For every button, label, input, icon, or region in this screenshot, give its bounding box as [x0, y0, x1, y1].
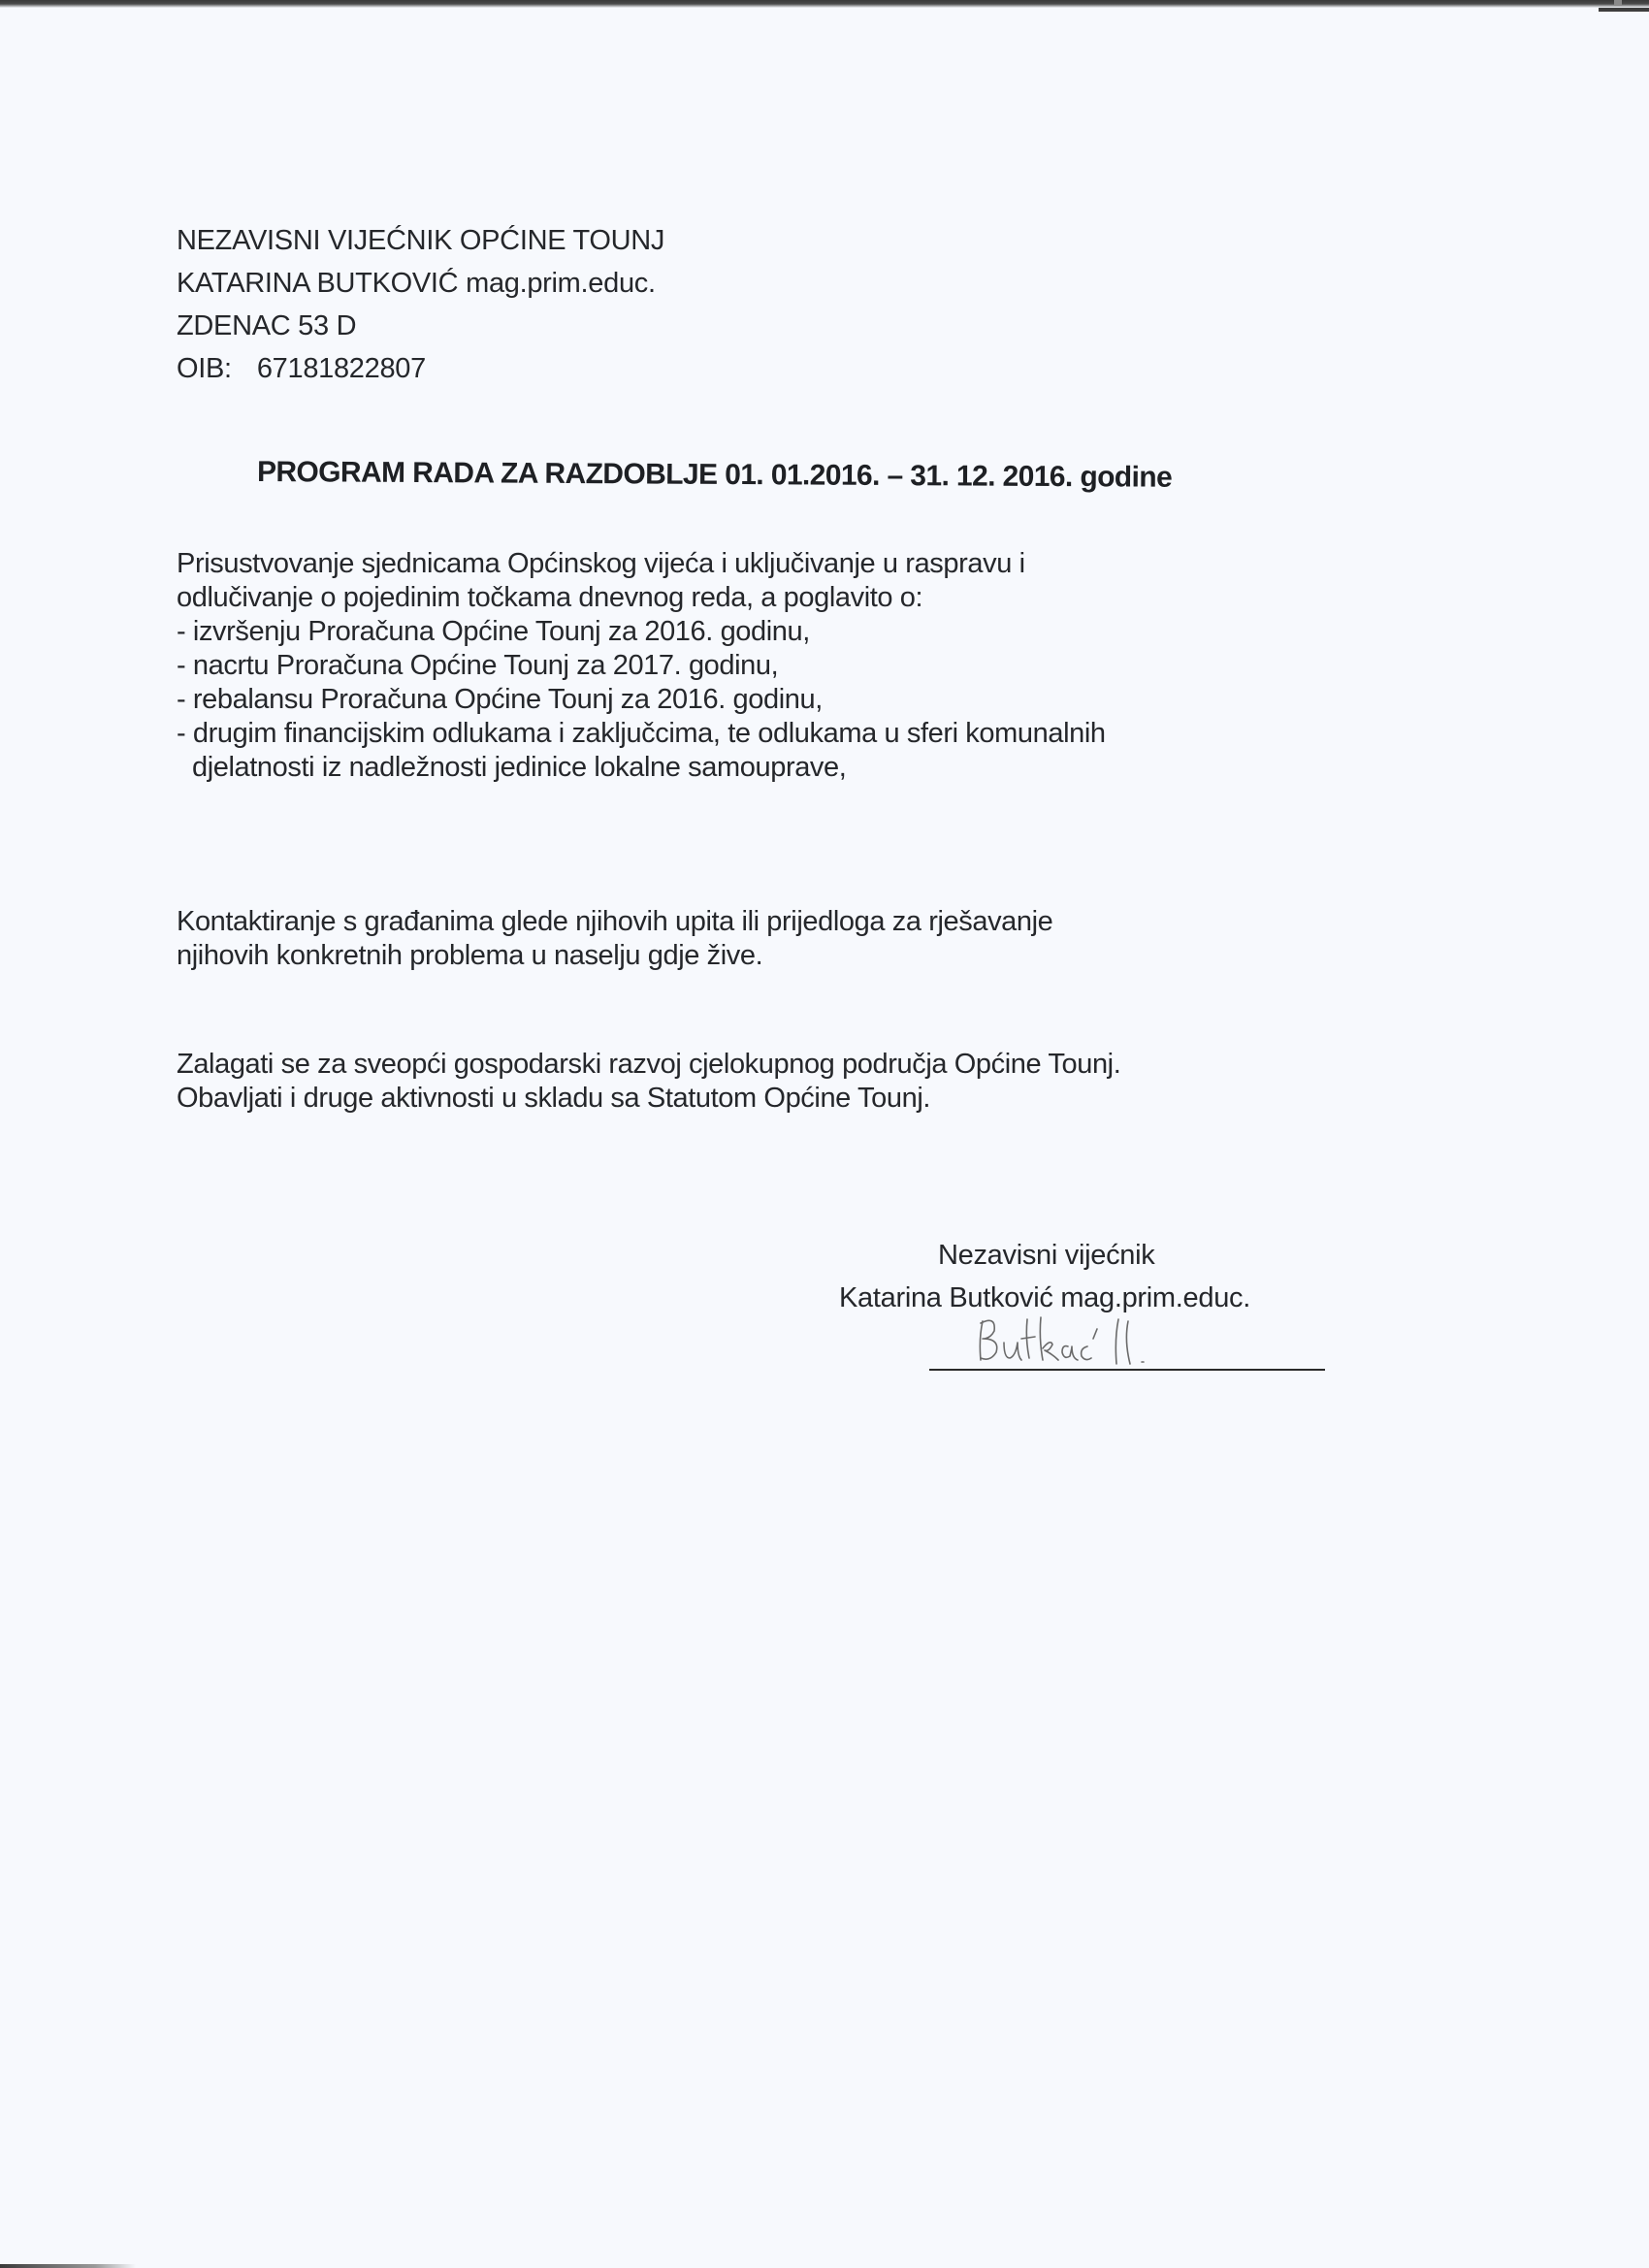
sender-oib: OIB:67181822807 [177, 347, 664, 390]
sender-name: KATARINA BUTKOVIĆ mag.prim.educ. [177, 262, 664, 305]
document-page: NEZAVISNI VIJEĆNIK OPĆINE TOUNJ KATARINA… [0, 0, 1649, 2268]
text-line: Prisustvovanje sjednicama Općinskog vije… [177, 547, 1399, 581]
paragraph-sessions: Prisustvovanje sjednicama Općinskog vije… [177, 547, 1399, 785]
handwritten-signature [975, 1310, 1208, 1368]
text-line: njihovih konkretnih problema u naselju g… [177, 939, 1399, 973]
paragraph-development: Zalagati se za sveopći gospodarski razvo… [177, 1048, 1399, 1116]
list-item: - drugim financijskim odlukama i zaključ… [177, 717, 1399, 751]
signature-line [929, 1369, 1325, 1371]
sender-address: ZDENAC 53 D [177, 305, 664, 347]
text-line: Obavljati i druge aktivnosti u skladu sa… [177, 1082, 1399, 1116]
list-item: - nacrtu Proračuna Općine Tounj za 2017.… [177, 649, 1399, 683]
sender-role: NEZAVISNI VIJEĆNIK OPĆINE TOUNJ [177, 219, 664, 262]
signature-block: Nezavisni vijećnik Katarina Butković mag… [839, 1234, 1363, 1319]
list-item-continuation: djelatnosti iz nadležnosti jedinice loka… [177, 751, 1399, 785]
text-line: Zalagati se za sveopći gospodarski razvo… [177, 1048, 1399, 1082]
oib-value: 67181822807 [257, 353, 426, 384]
paragraph-citizens: Kontaktiranje s građanima glede njihovih… [177, 905, 1399, 973]
list-item: - izvršenju Proračuna Općine Tounj za 20… [177, 615, 1399, 649]
sender-header: NEZAVISNI VIJEĆNIK OPĆINE TOUNJ KATARINA… [177, 219, 664, 390]
list-item: - rebalansu Proračuna Općine Tounj za 20… [177, 683, 1399, 717]
signature-title: Nezavisni vijećnik [839, 1234, 1363, 1277]
document-title: PROGRAM RADA ZA RAZDOBLJE 01. 01.2016. –… [257, 456, 1172, 495]
text-line: odlučivanje o pojedinim točkama dnevnog … [177, 581, 1399, 615]
oib-label: OIB: [177, 353, 232, 384]
text-line: Kontaktiranje s građanima glede njihovih… [177, 905, 1399, 939]
